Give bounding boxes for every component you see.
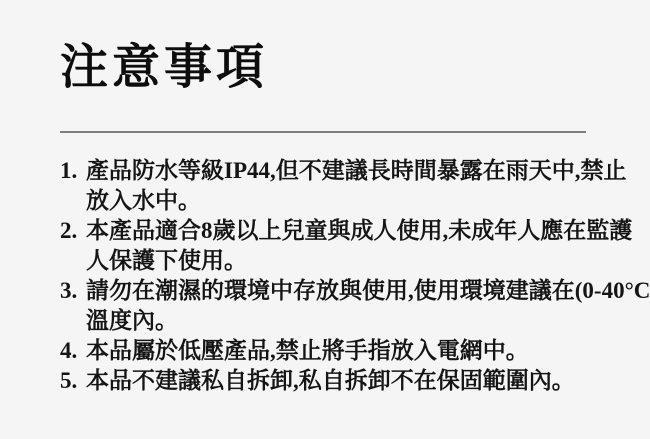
item-number: 3.	[60, 276, 86, 306]
item-text: 本產品適合8歲以上兒童與成人使用,未成年人應在監護	[86, 218, 632, 243]
item-line: 溫度內。	[60, 306, 650, 336]
item-number: 4.	[60, 336, 86, 366]
list-item: 2.本產品適合8歲以上兒童與成人使用,未成年人應在監護 人保護下使用。	[60, 216, 650, 276]
notice-list: 1.產品防水等級IP44,但不建議長時間暴露在雨天中,禁止 放入水中。 2.本產…	[60, 156, 650, 396]
item-line: 2.本產品適合8歲以上兒童與成人使用,未成年人應在監護	[60, 216, 650, 246]
list-item: 4.本品屬於低壓產品,禁止將手指放入電網中。	[60, 336, 650, 366]
item-line: 4.本品屬於低壓產品,禁止將手指放入電網中。	[60, 336, 650, 366]
item-line: 3.請勿在潮濕的環境中存放與使用,使用環境建議在(0-40°C)	[60, 276, 650, 306]
item-number: 2.	[60, 216, 86, 246]
list-item: 3.請勿在潮濕的環境中存放與使用,使用環境建議在(0-40°C) 溫度內。	[60, 276, 650, 336]
page-title: 注意事項	[60, 40, 268, 95]
list-item: 5.本品不建議私自拆卸,私自拆卸不在保固範圍內。	[60, 366, 650, 396]
item-text: 本品屬於低壓產品,禁止將手指放入電網中。	[86, 338, 529, 363]
item-text: 本品不建議私自拆卸,私自拆卸不在保固範圍內。	[86, 368, 575, 393]
item-text: 請勿在潮濕的環境中存放與使用,使用環境建議在(0-40°C)	[86, 278, 650, 303]
item-text: 產品防水等級IP44,但不建議長時間暴露在雨天中,禁止	[86, 158, 627, 183]
list-item: 1.產品防水等級IP44,但不建議長時間暴露在雨天中,禁止 放入水中。	[60, 156, 650, 216]
item-line: 1.產品防水等級IP44,但不建議長時間暴露在雨天中,禁止	[60, 156, 650, 186]
title-divider	[60, 131, 586, 133]
item-line: 人保護下使用。	[60, 246, 650, 276]
item-number: 5.	[60, 366, 86, 396]
item-number: 1.	[60, 156, 86, 186]
item-line: 5.本品不建議私自拆卸,私自拆卸不在保固範圍內。	[60, 366, 650, 396]
notice-page: 注意事項 1.產品防水等級IP44,但不建議長時間暴露在雨天中,禁止 放入水中。…	[0, 0, 650, 439]
item-line: 放入水中。	[60, 186, 650, 216]
